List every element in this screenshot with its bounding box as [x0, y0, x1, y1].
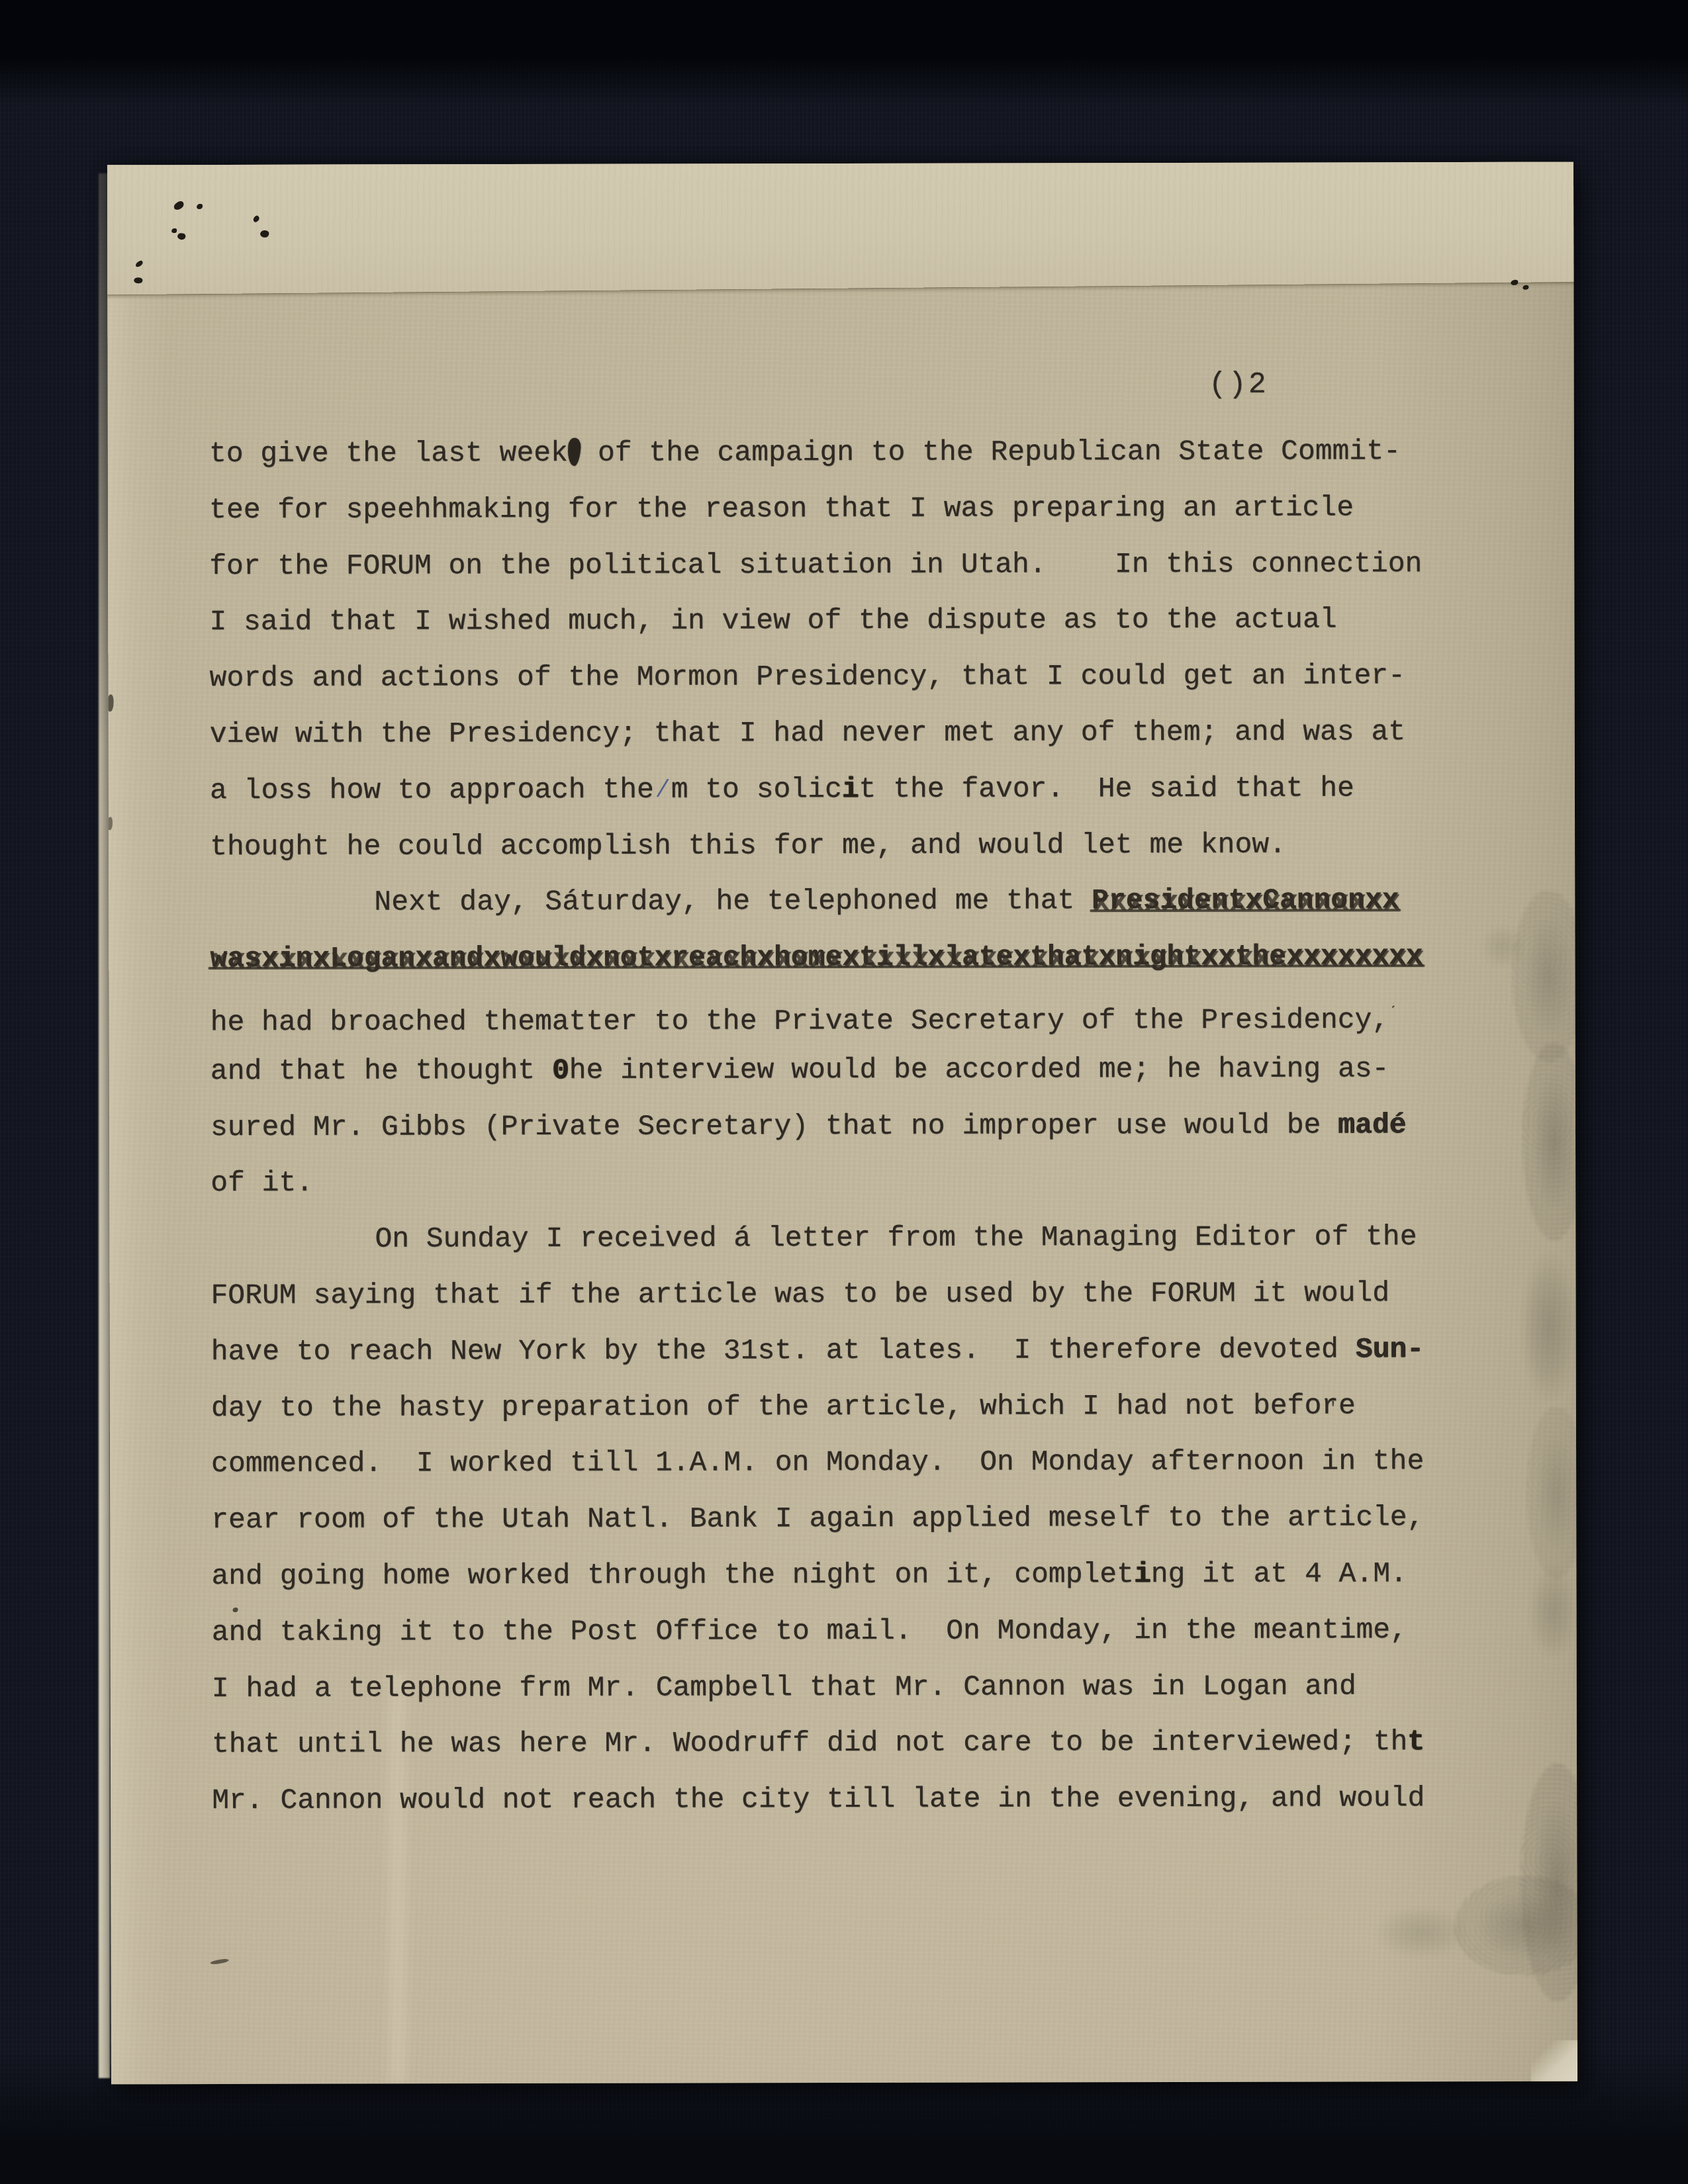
text-line: wasxinxLoganxandxwouldxnotxreachxhomexti…	[210, 929, 1521, 987]
graphite-smudge	[1355, 1896, 1487, 1969]
text-segment: FORUM saying that if the article was to …	[211, 1277, 1389, 1312]
text-line: and that he thought 0he interview would …	[211, 1041, 1521, 1100]
text-line: words and actions of the Mormon Presiden…	[210, 648, 1521, 707]
text-line: day to the hasty preparation of the arti…	[211, 1377, 1522, 1436]
text-segment: day to the hasty preparation of the arti…	[211, 1389, 1356, 1424]
text-segment: and going home worked through the night …	[211, 1558, 1134, 1592]
struck-out-text: wasxinxLoganxandxwouldxnotxreachxhomexti…	[210, 929, 1423, 987]
text-line: I had a telephone frm Mr. Campbell that …	[212, 1658, 1523, 1717]
text-segment: a loss how to approach the	[210, 773, 654, 806]
text-segment: 0	[552, 1054, 569, 1087]
text-segment: and that he thought	[211, 1054, 552, 1087]
text-segment: m to solic	[671, 773, 842, 806]
text-segment: he had broached thematter to the Private…	[211, 1003, 1389, 1038]
graphite-smudge	[1523, 1042, 1577, 1241]
typewritten-text: to give the last week of the campaign to…	[209, 424, 1523, 1829]
text-line: that until he was here Mr. Woodruff did …	[212, 1714, 1523, 1773]
text-segment: I said that I wished much, in view of th…	[209, 604, 1336, 639]
text-segment: ˊ	[1389, 985, 1397, 1041]
text-segment: for the FORUM on the political situation…	[209, 547, 1422, 582]
graphite-smudge	[1512, 890, 1577, 1062]
text-segment: Next day, Sáturday, he telephoned me tha…	[374, 885, 1092, 919]
ink-speck	[1511, 280, 1518, 285]
text-segment: words and actions of the Mormon Presiden…	[210, 659, 1405, 694]
text-segment: I had a telephone frm Mr. Campbell that …	[212, 1670, 1356, 1705]
text-line: and taking it to the Post Office to mail…	[212, 1602, 1523, 1661]
text-line: to give the last week of the campaign to…	[209, 424, 1520, 482]
text-segment: sured Mr. Gibbs (Private Secretary) that…	[211, 1109, 1338, 1144]
ink-blot	[567, 438, 581, 467]
text-segment: tee for speehhmaking for the reason that…	[209, 491, 1354, 526]
struck-out-text: PresidentxCannonxxxxxxxxxxxxxxxxxxxx	[1092, 873, 1399, 930]
text-line: I said that I wished much, in view of th…	[209, 592, 1520, 651]
scanned-document-photo: { "scan": { "background_color": "#12151f…	[0, 0, 1688, 2184]
pen-insertion-mark: ∕	[653, 761, 673, 819]
graphite-smudge	[1520, 1545, 1577, 1678]
text-line: sured Mr. Gibbs (Private Secretary) that…	[211, 1097, 1521, 1156]
text-line: Next day, Sáturday, he telephoned me tha…	[210, 872, 1521, 931]
text-segment: of it.	[211, 1167, 313, 1199]
text-line: Mr. Cannon would not reach the city till…	[212, 1770, 1523, 1829]
scanned-page: ʹ ()2 to give the last week of the campa…	[107, 162, 1577, 2085]
text-segment: t	[1407, 1725, 1425, 1758]
overlapping-sheet-edge	[107, 162, 1577, 295]
text-line: view with the Presidency; that I had nev…	[210, 704, 1521, 763]
text-line: tee for speehhmaking for the reason that…	[209, 480, 1520, 539]
text-segment: t the favor. He said that he	[859, 772, 1354, 805]
text-segment: Sun-	[1356, 1333, 1424, 1365]
text-segment: Mr. Cannon would not reach the city till…	[212, 1782, 1425, 1817]
text-segment: commenced. I worked till 1.A.M. on Monda…	[211, 1445, 1424, 1480]
page-number: ()2	[1209, 368, 1268, 402]
edge-mark	[107, 817, 113, 830]
text-segment: thought he could accomplish this for me,…	[210, 828, 1286, 862]
text-segment: On Sunday I received á letter from the M…	[375, 1220, 1417, 1255]
text-line: he had broached thematter to the Private…	[211, 985, 1521, 1044]
text-segment: he interview would be accorded me; he ha…	[569, 1052, 1389, 1087]
text-segment: view with the Presidency; that I had nev…	[210, 715, 1405, 751]
text-line: FORUM saying that if the article was to …	[211, 1265, 1521, 1324]
text-line: thought he could accomplish this for me,…	[210, 816, 1521, 875]
text-segment: i	[1134, 1558, 1151, 1590]
text-segment: that until he was here Mr. Woodruff did …	[212, 1726, 1407, 1761]
text-segment: i	[842, 773, 859, 805]
corner-highlight	[1531, 2040, 1577, 2081]
text-line: On Sunday I received á letter from the M…	[211, 1209, 1521, 1268]
edge-mark	[107, 694, 114, 711]
text-line: and going home worked through the night …	[211, 1546, 1522, 1605]
ink-speck	[1523, 285, 1528, 290]
text-line: of it.	[211, 1153, 1521, 1212]
text-line: have to reach New York by the 31st. at l…	[211, 1322, 1522, 1381]
text-segment: to give the last week	[209, 437, 568, 470]
text-segment: rear room of the Utah Natl. Bank I again…	[211, 1501, 1424, 1536]
text-segment: madé	[1338, 1109, 1406, 1141]
text-segment: of the campaign to the Republican State …	[581, 435, 1401, 469]
text-segment: and taking it to the Post Office to mail…	[212, 1614, 1407, 1649]
text-line: for the FORUM on the political situation…	[209, 535, 1520, 594]
text-line: a loss how to approach the∕m to solicit …	[210, 760, 1521, 819]
text-segment: ng it at 4 A.M.	[1151, 1557, 1407, 1590]
text-line: rear room of the Utah Natl. Bank I again…	[211, 1490, 1522, 1549]
text-segment: have to reach New York by the 31st. at l…	[211, 1333, 1356, 1368]
text-line: commenced. I worked till 1.A.M. on Monda…	[211, 1433, 1522, 1492]
ink-speck	[210, 1958, 229, 1965]
